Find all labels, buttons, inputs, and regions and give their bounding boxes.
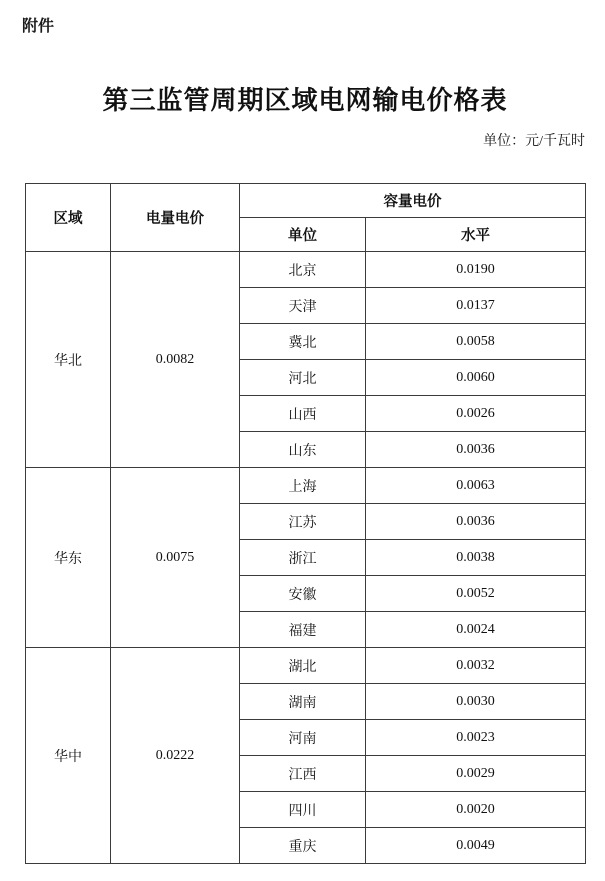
unit-cell: 湖南 <box>240 684 366 720</box>
unit-cell: 重庆 <box>240 828 366 864</box>
level-cell: 0.0024 <box>366 612 586 648</box>
unit-cell: 浙江 <box>240 540 366 576</box>
region-cell: 华北 <box>26 252 111 468</box>
unit-cell: 北京 <box>240 252 366 288</box>
energy-price-cell: 0.0222 <box>111 648 240 864</box>
price-table-header: 区域 电量电价 容量电价 单位 水平 <box>26 184 586 252</box>
page-title: 第三监管周期区域电网输电价格表 <box>25 86 585 116</box>
region-cell: 华东 <box>26 468 111 648</box>
document-page: 附件 第三监管周期区域电网输电价格表 单位：元/千瓦时 区域 电量电价 容量电价… <box>0 0 605 881</box>
header-capacity-price: 容量电价 <box>240 184 586 218</box>
level-cell: 0.0020 <box>366 792 586 828</box>
level-cell: 0.0023 <box>366 720 586 756</box>
unit-cell: 江苏 <box>240 504 366 540</box>
header-row-1: 区域 电量电价 容量电价 <box>26 184 586 218</box>
level-cell: 0.0032 <box>366 648 586 684</box>
unit-cell: 河北 <box>240 360 366 396</box>
header-energy-price: 电量电价 <box>111 184 240 252</box>
header-level: 水平 <box>366 218 586 252</box>
unit-cell: 福建 <box>240 612 366 648</box>
unit-cell: 江西 <box>240 756 366 792</box>
table-row: 华中0.0222湖北0.0032 <box>26 648 586 684</box>
header-region: 区域 <box>26 184 111 252</box>
unit-cell: 湖北 <box>240 648 366 684</box>
level-cell: 0.0052 <box>366 576 586 612</box>
level-cell: 0.0036 <box>366 432 586 468</box>
unit-cell: 山东 <box>240 432 366 468</box>
level-cell: 0.0026 <box>366 396 586 432</box>
level-cell: 0.0060 <box>366 360 586 396</box>
level-cell: 0.0029 <box>366 756 586 792</box>
unit-note: 单位：元/千瓦时 <box>25 132 585 152</box>
level-cell: 0.0058 <box>366 324 586 360</box>
table-row: 华东0.0075上海0.0063 <box>26 468 586 504</box>
region-cell: 华中 <box>26 648 111 864</box>
level-cell: 0.0063 <box>366 468 586 504</box>
unit-cell: 山西 <box>240 396 366 432</box>
unit-cell: 天津 <box>240 288 366 324</box>
unit-cell: 冀北 <box>240 324 366 360</box>
energy-price-cell: 0.0082 <box>111 252 240 468</box>
level-cell: 0.0030 <box>366 684 586 720</box>
attachment-label: 附件 <box>22 16 585 38</box>
price-table-body: 华北0.0082北京0.0190天津0.0137冀北0.0058河北0.0060… <box>26 252 586 864</box>
level-cell: 0.0137 <box>366 288 586 324</box>
level-cell: 0.0036 <box>366 504 586 540</box>
unit-cell: 安徽 <box>240 576 366 612</box>
level-cell: 0.0190 <box>366 252 586 288</box>
table-row: 华北0.0082北京0.0190 <box>26 252 586 288</box>
price-table: 区域 电量电价 容量电价 单位 水平 华北0.0082北京0.0190天津0.0… <box>25 183 586 864</box>
unit-cell: 上海 <box>240 468 366 504</box>
header-unit: 单位 <box>240 218 366 252</box>
unit-cell: 河南 <box>240 720 366 756</box>
level-cell: 0.0049 <box>366 828 586 864</box>
energy-price-cell: 0.0075 <box>111 468 240 648</box>
level-cell: 0.0038 <box>366 540 586 576</box>
unit-cell: 四川 <box>240 792 366 828</box>
